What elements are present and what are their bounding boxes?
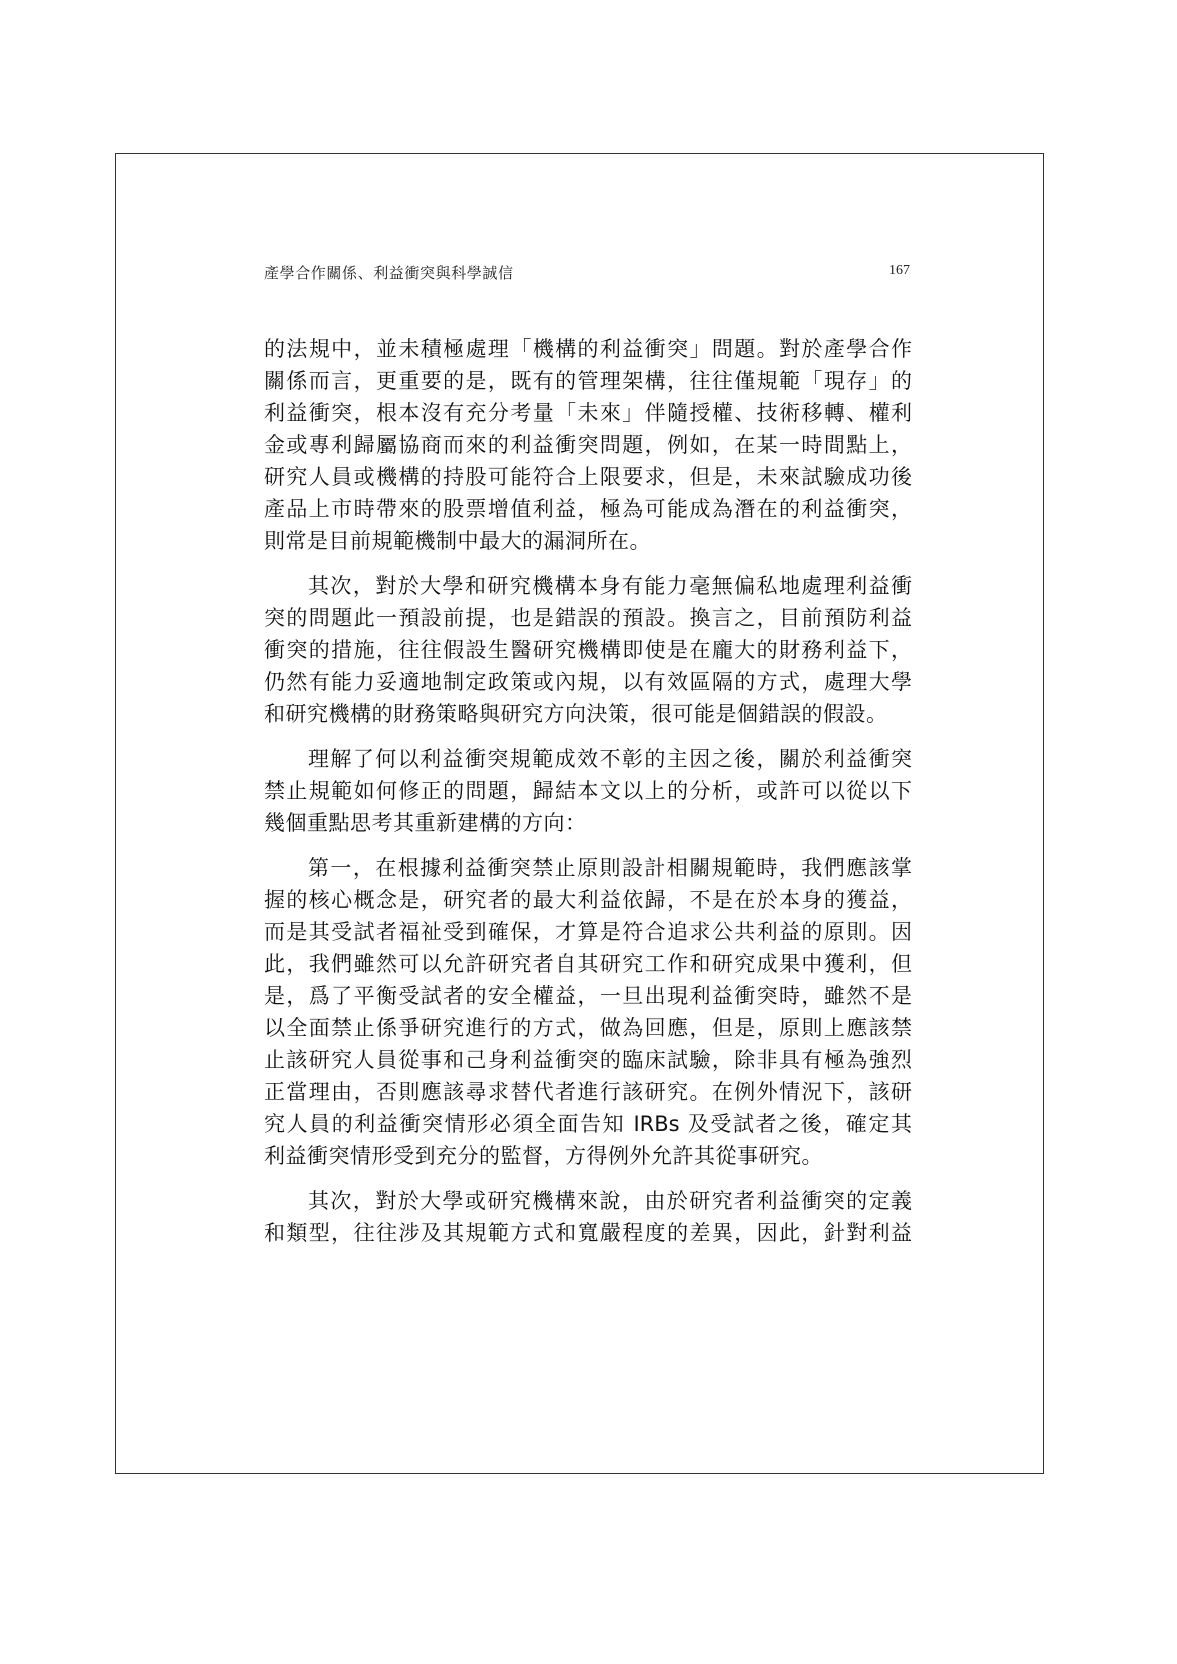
text-line: 止該研究人員從事和己身利益衝突的臨床試驗，除非具有極為強烈	[264, 1044, 912, 1076]
paragraph-3: 理解了何以利益衝突規範成效不彰的主因之後，關於利益衝突 禁止規範如何修正的問題，…	[264, 743, 912, 839]
text-line: 握的核心概念是，研究者的最大利益依歸，不是在於本身的獲益，	[264, 884, 912, 916]
text-line: 是，爲了平衡受試者的安全權益，一旦出現利益衝突時，雖然不是	[264, 980, 912, 1012]
text-line: 則常是目前規範機制中最大的漏洞所在。	[264, 525, 912, 557]
text-line: 金或專利歸屬協商而來的利益衝突問題，例如，在某一時間點上，	[264, 429, 912, 461]
text-line: 研究人員或機構的持股可能符合上限要求，但是，未來試驗成功後	[264, 461, 912, 493]
text-line: 理解了何以利益衝突規範成效不彰的主因之後，關於利益衝突	[264, 743, 912, 775]
text-line: 仍然有能力妥適地制定政策或內規，以有效區隔的方式，處理大學	[264, 666, 912, 698]
text-line: 其次，對於大學或研究機構來說，由於研究者利益衝突的定義	[264, 1185, 912, 1217]
paragraph-5: 其次，對於大學或研究機構來說，由於研究者利益衝突的定義 和類型，往往涉及其規範方…	[264, 1185, 912, 1249]
text-line: 而是其受試者福祉受到確保，才算是符合追求公共利益的原則。因	[264, 916, 912, 948]
text-line: 幾個重點思考其重新建構的方向：	[264, 807, 912, 839]
running-header-title: 產學合作關係、利益衝突與科學誠信	[264, 262, 514, 283]
body-text: 的法規中，並未積極處理「機構的利益衝突」問題。對於產學合作 關係而言，更重要的是…	[264, 333, 912, 1262]
text-line: 衝突的措施，往往假設生醫研究機構即使是在龐大的財務利益下，	[264, 634, 912, 666]
text-line: 突的問題此一預設前提，也是錯誤的預設。換言之，目前預防利益	[264, 602, 912, 634]
text-line: 以全面禁止係爭研究進行的方式，做為回應，但是，原則上應該禁	[264, 1012, 912, 1044]
text-line: 產品上市時帶來的股票增值利益，極為可能成為潛在的利益衝突，	[264, 493, 912, 525]
text-line: 此，我們雖然可以允許研究者自其研究工作和研究成果中獲利，但	[264, 948, 912, 980]
page-number: 167	[889, 263, 910, 279]
text-line: 關係而言，更重要的是，既有的管理架構，往往僅規範「現存」的	[264, 365, 912, 397]
paragraph-1: 的法規中，並未積極處理「機構的利益衝突」問題。對於產學合作 關係而言，更重要的是…	[264, 333, 912, 557]
paragraph-4: 第一，在根據利益衝突禁止原則設計相關規範時，我們應該掌 握的核心概念是，研究者的…	[264, 852, 912, 1172]
text-line: 正當理由，否則應該尋求替代者進行該研究。在例外情況下，該研	[264, 1076, 912, 1108]
text-line: 和類型，往往涉及其規範方式和寬嚴程度的差異，因此，針對利益	[264, 1217, 912, 1249]
text-line: 究人員的利益衝突情形必須全面告知 IRBs 及受試者之後，確定其	[264, 1108, 912, 1140]
paragraph-2: 其次，對於大學和研究機構本身有能力毫無偏私地處理利益衝 突的問題此一預設前提，也…	[264, 570, 912, 730]
text-line: 利益衝突，根本沒有充分考量「未來」伴隨授權、技術移轉、權利	[264, 397, 912, 429]
text-line: 和研究機構的財務策略與研究方向決策，很可能是個錯誤的假設。	[264, 698, 912, 730]
text-line: 利益衝突情形受到充分的監督，方得例外允許其從事研究。	[264, 1140, 912, 1172]
running-header: 產學合作關係、利益衝突與科學誠信 167	[264, 262, 910, 286]
text-line: 其次，對於大學和研究機構本身有能力毫無偏私地處理利益衝	[264, 570, 912, 602]
text-line: 的法規中，並未積極處理「機構的利益衝突」問題。對於產學合作	[264, 333, 912, 365]
text-line: 第一，在根據利益衝突禁止原則設計相關規範時，我們應該掌	[264, 852, 912, 884]
text-line: 禁止規範如何修正的問題，歸結本文以上的分析，或許可以從以下	[264, 775, 912, 807]
